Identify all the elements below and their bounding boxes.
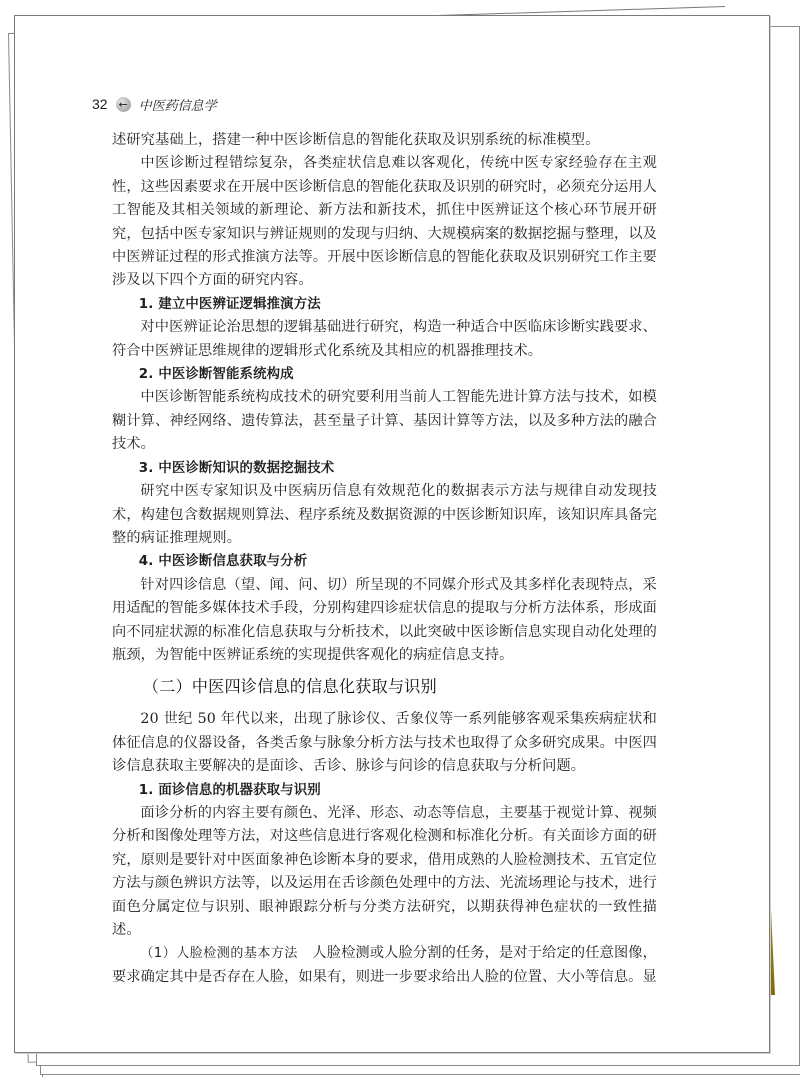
paragraph: 研究中医专家知识及中医病历信息有效规范化的数据表示方法与规律自动发现技术，构建包… [112,480,657,550]
book-title: 中医药信息学 [139,95,217,114]
paragraph: （1）人脸检测的基本方法 人脸检测或人脸分割的任务，是对于给定的任意图像，要求确… [112,942,657,989]
page-header: 32 ← 中医药信息学 [92,94,217,114]
section-heading: 1. 面诊信息的机器获取与识别 [112,779,657,802]
section-heading: 1. 建立中医辨证逻辑推演方法 [112,293,657,316]
section-heading: 2. 中医诊断智能系统构成 [112,363,657,386]
chapter-section-title: （二）中医四诊信息的信息化获取与识别 [112,674,657,700]
inline-heading: （1）人脸检测的基本方法 [140,946,298,961]
paragraph: 中医诊断过程错综复杂，各类症状信息难以客观化，传统中医专家经验存在主观性，这些因… [112,152,657,292]
paragraph: 对中医辨证论治思想的逻辑基础进行研究，构造一种适合中医临床诊断实践要求、符合中医… [112,316,657,363]
paragraph: 20 世纪 50 年代以来，出现了脉诊仪、舌象仪等一系列能够客观采集疾病症状和体… [112,708,657,778]
arrow-left-icon: ← [116,97,131,112]
page-number: 32 [92,96,108,112]
page-body: 述研究基础上，搭建一种中医诊断信息的智能化获取及识别系统的标准模型。 中医诊断过… [112,129,657,989]
paragraph: 针对四诊信息（望、闻、问、切）所呈现的不同媒介形式及其多样化表现特点，采用适配的… [112,574,657,668]
section-heading: 4. 中医诊断信息获取与分析 [112,550,657,573]
section-heading: 3. 中医诊断知识的数据挖掘技术 [112,457,657,480]
paragraph: 中医诊断智能系统构成技术的研究要利用当前人工智能先进计算方法与技术，如模糊计算、… [112,386,657,456]
paragraph: 面诊分析的内容主要有颜色、光泽、形态、动态等信息，主要基于视觉计算、视频分析和图… [112,802,657,942]
paragraph: 述研究基础上，搭建一种中医诊断信息的智能化获取及识别系统的标准模型。 [112,129,657,152]
